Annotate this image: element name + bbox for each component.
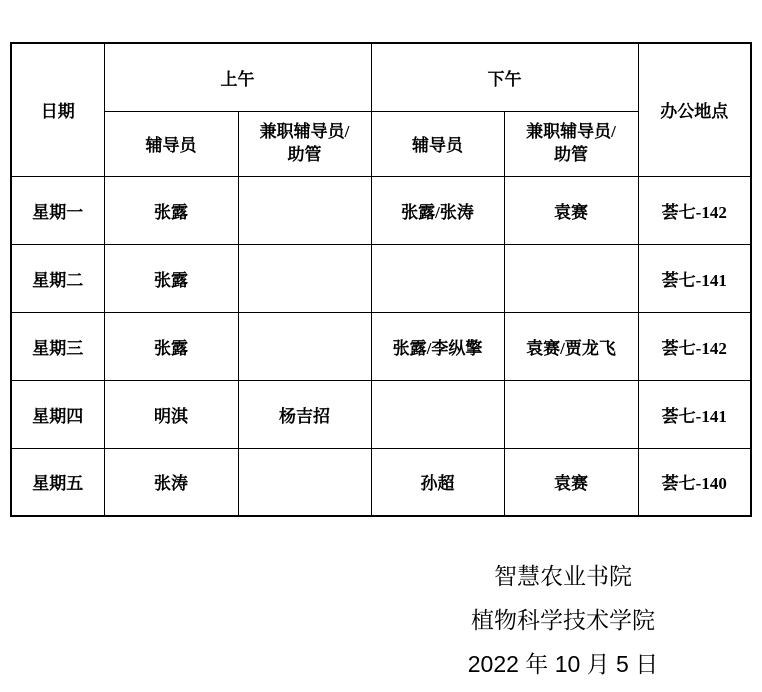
header-am-part-time-line1: 兼职辅导员/ [241, 121, 369, 144]
am-counselor-cell: 明淇 [104, 380, 238, 448]
header-pm-part-time-line1: 兼职辅导员/ [507, 121, 636, 144]
pm-assistant-cell: 袁赛/贾龙飞 [504, 312, 638, 380]
am-assistant-cell [238, 244, 371, 312]
header-morning: 上午 [104, 43, 371, 111]
office-cell: 荟七-142 [638, 312, 751, 380]
am-counselor-cell: 张露 [104, 244, 238, 312]
am-counselor-cell: 张露 [104, 312, 238, 380]
office-cell: 荟七-142 [638, 176, 751, 244]
am-assistant-cell [238, 312, 371, 380]
duty-schedule-table: 日期 上午 下午 办公地点 辅导员 兼职辅导员/ 助管 辅导员 兼职辅导员/ 助… [10, 42, 752, 517]
signature-academy: 智慧农业书院 [413, 554, 713, 598]
table-row-wednesday: 星期三 张露 张露/李纵擎 袁赛/贾龙飞 荟七-142 [11, 312, 751, 380]
pm-counselor-cell [371, 244, 504, 312]
header-row-periods: 日期 上午 下午 办公地点 [11, 43, 751, 111]
day-cell: 星期四 [11, 380, 104, 448]
day-cell: 星期三 [11, 312, 104, 380]
header-am-part-time-assistant: 兼职辅导员/ 助管 [238, 111, 371, 176]
pm-counselor-cell: 孙超 [371, 448, 504, 516]
day-cell: 星期二 [11, 244, 104, 312]
header-pm-counselor: 辅导员 [371, 111, 504, 176]
pm-assistant-cell [504, 244, 638, 312]
pm-assistant-cell [504, 380, 638, 448]
pm-counselor-cell: 张露/张涛 [371, 176, 504, 244]
am-assistant-cell [238, 448, 371, 516]
day-cell: 星期一 [11, 176, 104, 244]
pm-assistant-cell: 袁赛 [504, 176, 638, 244]
header-pm-part-time-line2: 助管 [507, 144, 636, 167]
header-am-counselor: 辅导员 [104, 111, 238, 176]
table-row-friday: 星期五 张涛 孙超 袁赛 荟七-140 [11, 448, 751, 516]
header-pm-part-time-assistant: 兼职辅导员/ 助管 [504, 111, 638, 176]
am-counselor-cell: 张涛 [104, 448, 238, 516]
am-assistant-cell: 杨吉招 [238, 380, 371, 448]
am-counselor-cell: 张露 [104, 176, 238, 244]
office-cell: 荟七-140 [638, 448, 751, 516]
header-date: 日期 [11, 43, 104, 176]
table-row-tuesday: 星期二 张露 荟七-141 [11, 244, 751, 312]
signature-block: 智慧农业书院 植物科学技术学院 2022 年 10 月 5 日 [413, 554, 713, 686]
office-cell: 荟七-141 [638, 244, 751, 312]
pm-counselor-cell [371, 380, 504, 448]
am-assistant-cell [238, 176, 371, 244]
header-am-part-time-line2: 助管 [241, 144, 369, 167]
table-row-monday: 星期一 张露 张露/张涛 袁赛 荟七-142 [11, 176, 751, 244]
pm-counselor-cell: 张露/李纵擎 [371, 312, 504, 380]
table-row-thursday: 星期四 明淇 杨吉招 荟七-141 [11, 380, 751, 448]
day-cell: 星期五 [11, 448, 104, 516]
document-page: 日期 上午 下午 办公地点 辅导员 兼职辅导员/ 助管 辅导员 兼职辅导员/ 助… [0, 0, 762, 692]
header-office-location: 办公地点 [638, 43, 751, 176]
header-afternoon: 下午 [371, 43, 638, 111]
office-cell: 荟七-141 [638, 380, 751, 448]
signature-college: 植物科学技术学院 [413, 598, 713, 642]
signature-date: 2022 年 10 月 5 日 [413, 642, 713, 686]
pm-assistant-cell: 袁赛 [504, 448, 638, 516]
